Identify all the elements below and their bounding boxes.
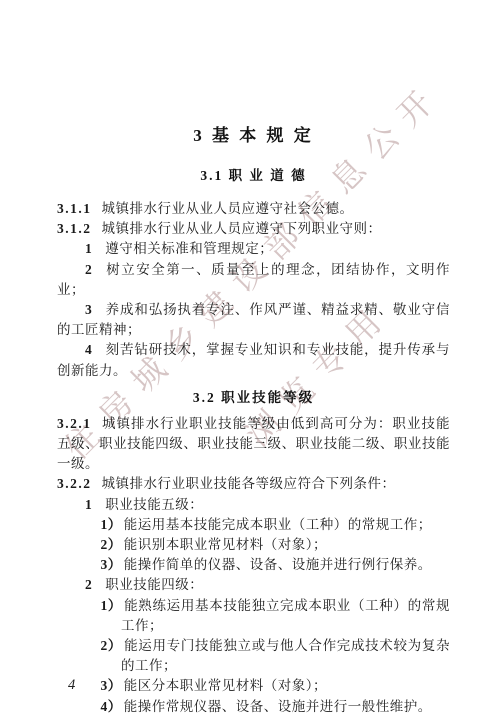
item-text: 刻苦钻研技术，掌握专业知识和专业技能，提升传承与创新能力。 (57, 342, 450, 377)
list-item: 1遵守相关标准和管理规定； (57, 239, 450, 259)
item-number: 3 (85, 302, 92, 317)
list-item: 3养成和弘扬执着专注、作风严谨、精益求精、敬业守信的工匠精神； (57, 300, 450, 340)
clause-text: 城镇排水行业职业技能等级由低到高可分为：职业技能五级、职业技能四级、职业技能三级… (57, 416, 450, 471)
clause: 3.2.2城镇排水行业职业技能各等级应符合下列条件： (57, 474, 450, 494)
clause: 3.1.1城镇排水行业从业人员应遵守社会公德。 (57, 199, 450, 219)
item-number: 2 (85, 577, 92, 592)
item-text: 树立安全第一、质量至上的理念，团结协作，文明作业； (57, 262, 450, 297)
clause-text: 城镇排水行业从业人员应遵守社会公德。 (102, 201, 354, 216)
item-number: 4 (85, 342, 92, 357)
clause-number: 3.2.1 (57, 416, 92, 431)
subitem-number: 1） (101, 598, 123, 613)
subitem-number: 2） (101, 638, 123, 653)
section-heading: 3.2 职业技能等级 (57, 388, 450, 408)
subitem-text: 能熟练运用基本技能独立完成本职业（工种）的常规工作； (121, 598, 450, 633)
item-text: 职业技能五级： (105, 497, 203, 512)
page-content: 3 基 本 规 定 3.1 职 业 道 德3.1.1城镇排水行业从业人员应遵守社… (57, 124, 450, 717)
item-number: 1 (85, 241, 92, 256)
list-item: 2职业技能四级： (57, 575, 450, 595)
chapter-title: 3 基 本 规 定 (57, 124, 450, 148)
item-text: 遵守相关标准和管理规定； (105, 241, 273, 256)
subitem-number: 3） (101, 678, 122, 693)
item-text: 职业技能四级： (105, 577, 203, 592)
clause-number: 3.2.2 (57, 476, 92, 491)
subitem-text: 能运用基本技能完成本职业（工种）的常规工作； (124, 517, 432, 532)
subitem-text: 能运用专门技能独立或与他人合作完成技术较为复杂的工作； (121, 638, 450, 673)
list-item: 1职业技能五级： (57, 495, 450, 515)
subitem-number: 4） (101, 699, 122, 714)
subitem-text: 能操作简单的仪器、设备、设施并进行例行保养。 (124, 557, 432, 572)
sub-list-item: 1）能运用基本技能完成本职业（工种）的常规工作； (57, 515, 450, 535)
subitem-text: 能操作常规仪器、设备、设施并进行一般性维护。 (124, 699, 432, 714)
sub-list-item: 2）能识别本职业常见材料（对象）； (57, 535, 450, 555)
clause-number: 3.1.1 (57, 201, 92, 216)
sub-list-item: 1）能熟练运用基本技能独立完成本职业（工种）的常规工作； (57, 596, 450, 636)
subitem-number: 1） (101, 517, 122, 532)
list-item: 4刻苦钻研技术，掌握专业知识和专业技能，提升传承与创新能力。 (57, 340, 450, 380)
subitem-text: 能识别本职业常见材料（对象）； (124, 537, 327, 552)
clause: 3.1.2城镇排水行业从业人员应遵守下列职业守则： (57, 219, 450, 239)
sub-list-item: 3）能操作简单的仪器、设备、设施并进行例行保养。 (57, 555, 450, 575)
item-text: 养成和弘扬执着专注、作风严谨、精益求精、敬业守信的工匠精神； (57, 302, 450, 337)
document-body: 3.1 职 业 道 德3.1.1城镇排水行业从业人员应遵守社会公德。3.1.2城… (57, 166, 450, 717)
list-item: 2树立安全第一、质量至上的理念，团结协作，文明作业； (57, 260, 450, 300)
clause-text: 城镇排水行业职业技能各等级应符合下列条件： (102, 476, 396, 491)
item-number: 2 (85, 262, 92, 277)
section-heading: 3.1 职 业 道 德 (57, 166, 450, 186)
sub-list-item: 4）能操作常规仪器、设备、设施并进行一般性维护。 (57, 697, 450, 717)
item-number: 1 (85, 497, 92, 512)
clause-number: 3.1.2 (57, 221, 92, 236)
page: { "page": { "chapter_title": "3 基 本 规 定"… (0, 0, 500, 724)
clause-text: 城镇排水行业从业人员应遵守下列职业守则： (102, 221, 382, 236)
subitem-text: 能区分本职业常见材料（对象）； (124, 678, 327, 693)
sub-list-item: 3）能区分本职业常见材料（对象）； (57, 676, 450, 696)
clause: 3.2.1城镇排水行业职业技能等级由低到高可分为：职业技能五级、职业技能四级、职… (57, 414, 450, 475)
subitem-number: 3） (101, 557, 122, 572)
subitem-number: 2） (101, 537, 122, 552)
page-number: 4 (68, 677, 75, 694)
sub-list-item: 2）能运用专门技能独立或与他人合作完成技术较为复杂的工作； (57, 636, 450, 676)
